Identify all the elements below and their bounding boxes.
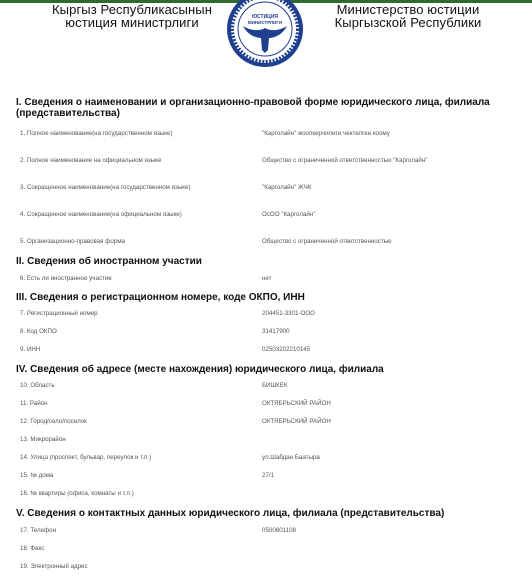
row-value: ОКТЯБРЬСКИЙ РАЙОН [262, 399, 522, 409]
row-label: 3. Сокращенное наименование(на государст… [20, 183, 250, 193]
header-title-russian: Министерство юстиции Кыргызской Республи… [286, 3, 530, 29]
row-label: 6. Есть ли иностранное участие [20, 274, 250, 284]
row-label: 4. Сокращенное наименование(на официальн… [20, 210, 250, 220]
table-row: 16. № квартиры (офиса, комнаты и т.п.) [0, 489, 532, 499]
row-label: 16. № квартиры (офиса, комнаты и т.п.) [20, 489, 250, 499]
row-label: 5. Организационно-правовая форма [20, 237, 250, 247]
table-row: 11. Район ОКТЯБРЬСКИЙ РАЙОН [0, 399, 532, 409]
section-heading-3: III. Сведения о регистрационном номере, … [16, 292, 526, 303]
section-heading-5: V. Сведения о контактных данных юридичес… [16, 508, 526, 519]
table-row: 10. Область БИШКЕК [0, 381, 532, 391]
table-row: 9. ИНН 02503202210145 [0, 345, 532, 355]
table-row: 19. Электронный адрес [0, 562, 532, 572]
row-value: 27/1 [262, 471, 522, 481]
table-row: 7. Регистрационный номер 204451-3301-ООО [0, 309, 532, 319]
table-row: 2. Полное наименование на официальном яз… [0, 156, 532, 166]
row-label: 15. № дома [20, 471, 250, 481]
row-label: 7. Регистрационный номер [20, 309, 250, 319]
row-value: БИШКЕК [262, 381, 522, 391]
row-label: 10. Область [20, 381, 250, 391]
table-row: 6. Есть ли иностранное участие нет [0, 274, 532, 284]
row-value: 0500801108 [262, 526, 522, 536]
row-value: Общество с ограниченной ответственностью [262, 237, 522, 247]
row-value: ул.Шабдан Баатыра [262, 453, 522, 463]
row-label: 2. Полное наименование на официальном яз… [20, 156, 250, 166]
row-label: 13. Микрорайон [20, 435, 250, 445]
header-title-kyrgyz-line-2: юстиция министрлиги [10, 16, 254, 29]
row-label: 11. Район [20, 399, 250, 409]
row-label: 8. Код ОКПО [20, 327, 250, 337]
row-label: 18. Факс [20, 544, 250, 554]
table-row: 5. Организационно-правовая форма Обществ… [0, 237, 532, 247]
row-value: "Карголайн" ЖЧК [262, 183, 522, 193]
table-row: 8. Код ОКПО 31417900 [0, 327, 532, 337]
table-row: 12. Город/село/поселок ОКТЯБРЬСКИЙ РАЙОН [0, 417, 532, 427]
row-value: нет [262, 274, 522, 284]
row-value: ОКТЯБРЬСКИЙ РАЙОН [262, 417, 522, 427]
table-row: 18. Факс [0, 544, 532, 554]
row-value: 31417900 [262, 327, 522, 337]
row-label: 14. Улица (проспект, бульвар, переулок и… [20, 453, 250, 463]
row-label: 9. ИНН [20, 345, 250, 355]
table-row: 13. Микрорайон [0, 435, 532, 445]
table-row: 17. Телефон 0500801108 [0, 526, 532, 536]
table-row: 4. Сокращенное наименование(на официальн… [0, 210, 532, 220]
row-label: 17. Телефон [20, 526, 250, 536]
row-label: 1. Полное наименование(на государственно… [20, 129, 250, 139]
table-row: 1. Полное наименование(на государственно… [0, 129, 532, 139]
row-value: 02503202210145 [262, 345, 522, 355]
row-value: "Карголайн" жоопкерчилиги чектелген коом… [262, 129, 522, 139]
svg-text:МИНИСТРЛИГИ: МИНИСТРЛИГИ [248, 20, 282, 25]
header-title-russian-line-2: Кыргызской Республики [286, 16, 530, 29]
table-row: 14. Улица (проспект, бульвар, переулок и… [0, 453, 532, 463]
section-heading-2: II. Сведения об иностранном участии [16, 256, 526, 267]
section-heading-4: IV. Сведения об адресе (месте нахождения… [16, 364, 526, 375]
row-value: ОсОО "Карголайн" [262, 210, 522, 220]
row-value: Общество с ограниченной ответственностью… [262, 156, 522, 166]
section-heading-1: I. Сведения о наименовании и организацио… [16, 97, 526, 119]
header-title-kyrgyz: Кыргыз Республикасынын юстиция министрли… [10, 3, 254, 29]
row-value: 204451-3301-ООО [262, 309, 522, 319]
table-row: 3. Сокращенное наименование(на государст… [0, 183, 532, 193]
row-label: 12. Город/село/поселок [20, 417, 250, 427]
table-row: 15. № дома 27/1 [0, 471, 532, 481]
row-label: 19. Электронный адрес [20, 562, 250, 572]
